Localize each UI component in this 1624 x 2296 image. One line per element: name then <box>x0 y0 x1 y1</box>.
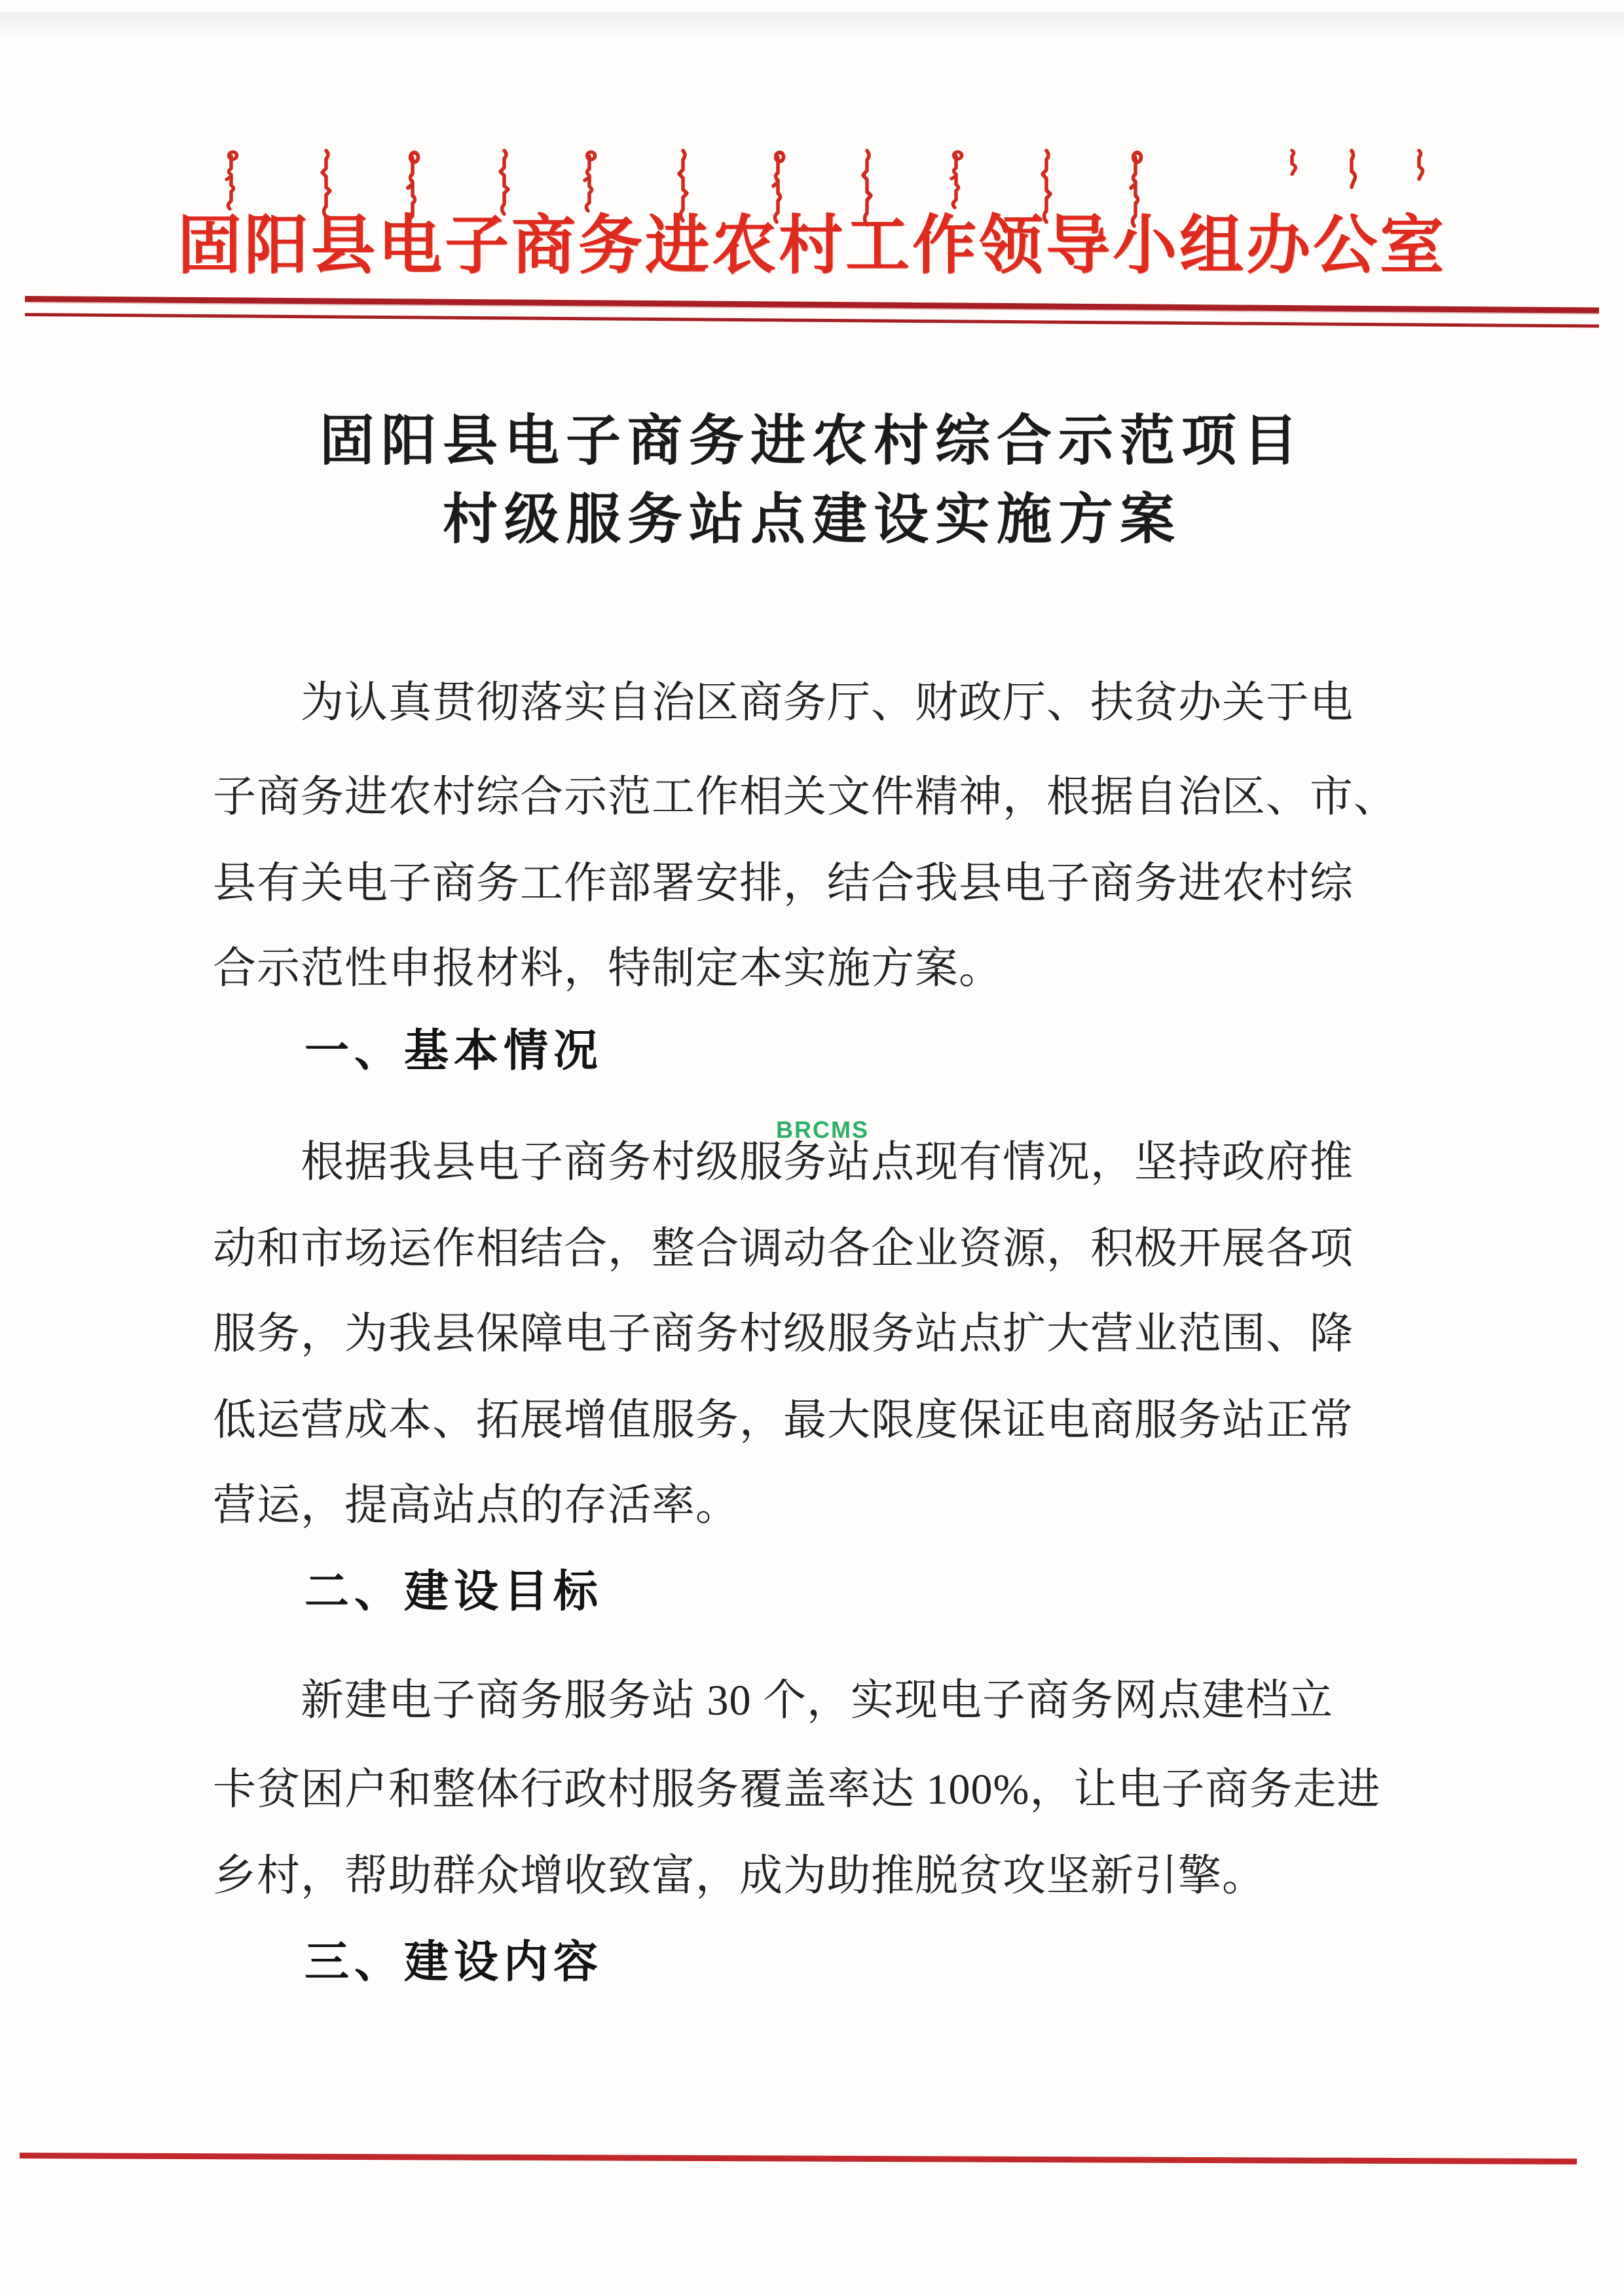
paragraph3-line3: 乡村，帮助群众增收致富，成为助推脱贫攻坚新引擎。 <box>213 1851 1266 1901</box>
footer-rule <box>20 2153 1577 2164</box>
paragraph1-line2: 子商务进农村综合示范工作相关文件精神，根据自治区、市、 <box>213 773 1397 822</box>
paragraph3-line1: 新建电子商务服务站 30 个，实现电子商务网点建档立 <box>301 1676 1333 1726</box>
section-heading-1: 一、基本情况 <box>304 1025 603 1076</box>
issuing-office-name: 固阳县电子商务进农村工作领导小组办公室 <box>0 211 1624 279</box>
header-rule-thin <box>25 313 1599 328</box>
paragraph1-line3: 县有关电子商务工作部署安排，结合我县电子商务进农村综 <box>213 859 1354 909</box>
watermark-text: BRCMS <box>776 1118 869 1142</box>
paragraph1-line1: 为认真贯彻落实自治区商务厅、财政厅、扶贫办关于电 <box>301 678 1354 728</box>
document-title-line2: 村级服务站点建设实施方案 <box>0 490 1624 549</box>
paragraph2-line3: 服务，为我县保障电子商务村级服务站点扩大营业范围、降 <box>213 1309 1354 1359</box>
section-heading-3: 三、建设内容 <box>304 1937 603 1988</box>
scan-artifact-band <box>0 12 1624 42</box>
paragraph2-line5: 营运，提高站点的存活率。 <box>213 1481 739 1531</box>
document-title-line1: 固阳县电子商务进农村综合示范项目 <box>0 411 1624 470</box>
paragraph2-line4: 低运营成本、拓展增值服务，最大限度保证电商服务站正常 <box>213 1396 1354 1446</box>
document-page: 固阳县电子商务进农村工作领导小组办公室 固阳县电子商务进农村综合示范项目 村级服… <box>0 0 1624 2296</box>
header-rule-thick <box>25 296 1599 314</box>
section-heading-2: 二、建设目标 <box>304 1566 603 1617</box>
paragraph1-line4: 合示范性申报材料，特制定本实施方案。 <box>213 944 1003 994</box>
paragraph2-line2: 动和市场运作相结合，整合调动各企业资源，积极开展各项 <box>213 1224 1354 1274</box>
paragraph2-line1: 根据我县电子商务村级服务站点现有情况，坚持政府推 <box>301 1138 1354 1188</box>
paragraph3-line2: 卡贫困户和整体行政村服务覆盖率达 100%，让电子商务走进 <box>213 1765 1380 1815</box>
